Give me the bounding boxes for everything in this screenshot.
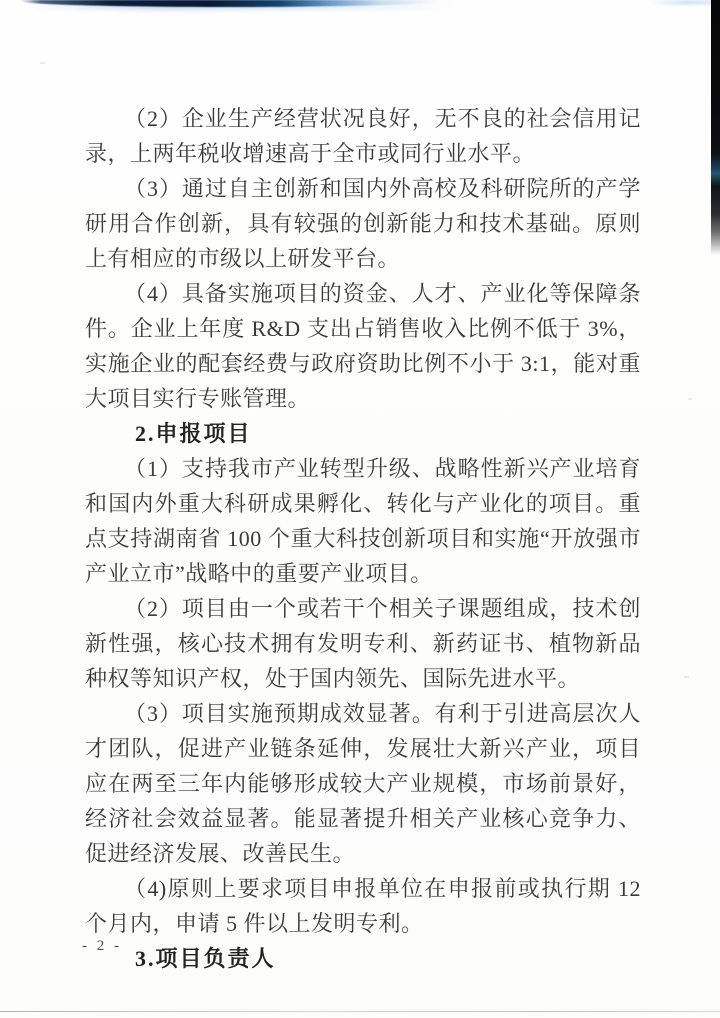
scan-speck: [688, 398, 692, 400]
scanned-document-page: （2）企业生产经营状况良好，无不良的社会信用记录，上两年税收增速高于全市或同行业…: [0, 0, 720, 1018]
page-number: - 2 -: [82, 938, 122, 955]
section-heading-2: 2.申报项目: [85, 416, 641, 451]
paragraph-2-3: （3）项目实施预期成效显著。有利于引进高层次人才团队，促进产业链条延伸，发展壮大…: [85, 696, 641, 871]
paragraph-1-2: （2）企业生产经营状况良好，无不良的社会信用记录，上两年税收增速高于全市或同行业…: [85, 101, 641, 171]
paragraph-1-4: （4）具备实施项目的资金、人才、产业化等保障条件。企业上年度 R&D 支出占销售…: [85, 276, 641, 416]
paragraph-2-1: （1）支持我市产业转型升级、战略性新兴产业培育和国内外重大科研成果孵化、转化与产…: [85, 451, 641, 591]
scan-speck: [40, 62, 45, 64]
paragraph-1-3: （3）通过自主创新和国内外高校及科研院所的产学研用合作创新，具有较强的创新能力和…: [85, 171, 641, 276]
document-body: （2）企业生产经营状况良好，无不良的社会信用记录，上两年税收增速高于全市或同行业…: [85, 101, 641, 976]
section-heading-3: 3.项目负责人: [85, 941, 641, 976]
page-bottom-edge-line: [0, 1011, 720, 1012]
scan-band-right-edge: [711, 0, 720, 255]
scan-speck: [684, 676, 689, 678]
scan-streak-top-right: [650, 0, 720, 5]
paragraph-2-2: （2）项目由一个或若干个相关子课题组成，技术创新性强，核心技术拥有发明专利、新药…: [85, 591, 641, 696]
paragraph-2-4: （4)原则上要求项目申报单位在申报前或执行期 12 个月内，申请 5 件以上发明…: [85, 871, 641, 941]
